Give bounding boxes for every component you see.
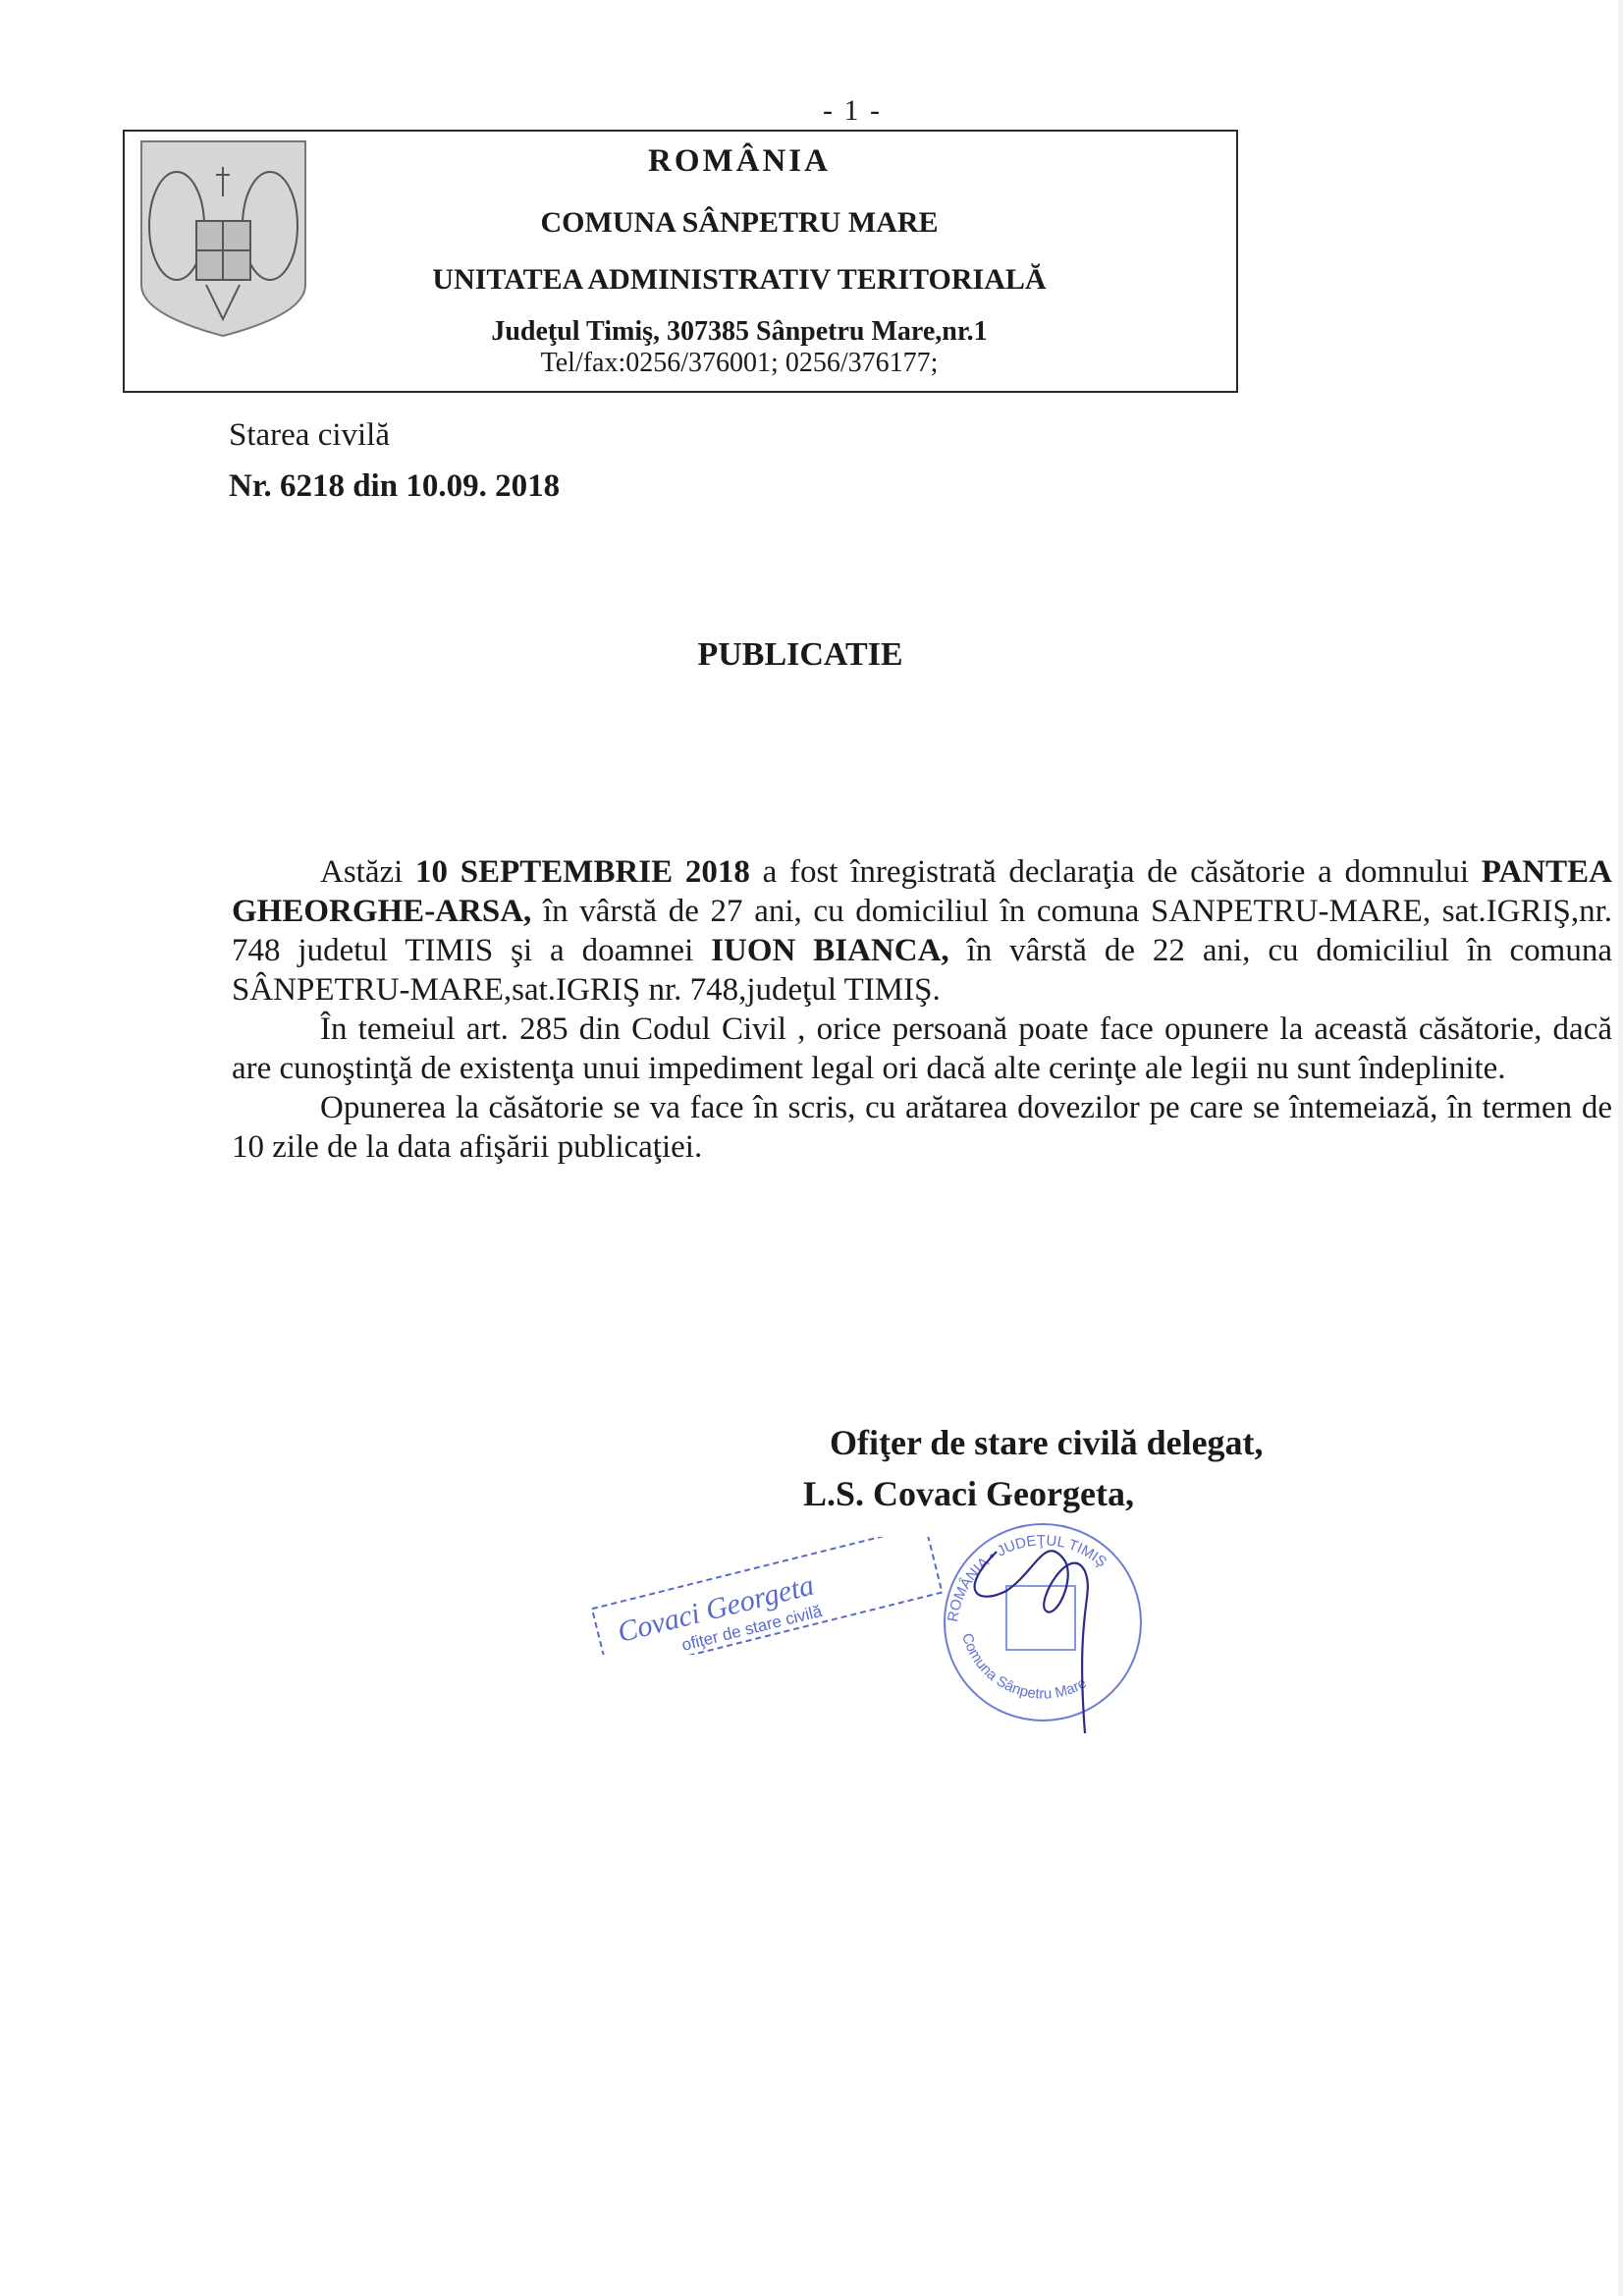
paragraph-legal-basis: În temeiul art. 285 din Codul Civil , or…	[232, 1010, 1612, 1088]
officer-role: Ofiţer de stare civilă delegat,	[830, 1422, 1264, 1463]
header-phone: Tel/fax:0256/376001; 0256/376177;	[184, 348, 1295, 379]
paragraph-declaration: Astăzi 10 SEPTEMBRIE 2018 a fost înregis…	[232, 852, 1612, 1010]
coat-of-arms-icon	[137, 137, 309, 339]
header-country: ROMÂNIA	[184, 143, 1295, 180]
department-label: Starea civilă	[229, 417, 390, 454]
document-title: PUBLICATIE	[0, 636, 1600, 674]
paragraph-opposition: Opunerea la căsătorie se va face în scri…	[232, 1088, 1612, 1167]
scan-edge	[1618, 0, 1623, 2296]
officer-name: L.S. Covaci Georgeta,	[803, 1473, 1134, 1514]
officer-name-stamp: Covaci Georgeta ofiţer de stare civilă	[584, 1537, 947, 1655]
header-commune: COMUNA SÂNPETRU MARE	[184, 206, 1295, 240]
official-round-seal: ROMÂNIA • JUDEŢUL TIMIŞ Comuna Sânpetru …	[938, 1512, 1149, 1733]
header-address: Judeţul Timiş, 307385 Sânpetru Mare,nr.1	[184, 316, 1295, 348]
declaration-date: 10 SEPTEMBRIE 2018	[415, 854, 750, 890]
bride-name: IUON BIANCA,	[711, 933, 949, 968]
publication-body: Astăzi 10 SEPTEMBRIE 2018 a fost înregis…	[232, 852, 1612, 1167]
header-unit: UNITATEA ADMINISTRATIV TERITORIALĂ	[184, 263, 1295, 297]
svg-text:Comuna Sânpetru Mare: Comuna Sânpetru Mare	[958, 1631, 1090, 1703]
registration-number: Nr. 6218 din 10.09. 2018	[229, 468, 560, 505]
page-number: - 1 -	[823, 94, 882, 128]
